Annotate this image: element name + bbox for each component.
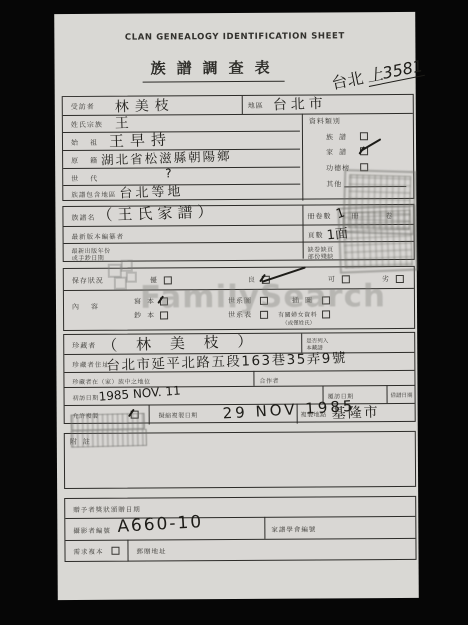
women-info-note: （或僅姓氏） <box>282 319 315 327</box>
small-stamp-mark <box>71 413 145 431</box>
checkbox-clan-genealogy <box>360 132 368 140</box>
table-administrative: 贈予者獎狀頒贈日期 攝影者編號 A660-10 家譜學會編號 需求複本 郵贈地址 <box>64 496 416 562</box>
origin-value: 湖北省松滋縣朝陽鄉 <box>101 146 232 168</box>
genealogy-name-label: 族譜名 <box>71 213 95 223</box>
copy-request-label: 需求複本 <box>73 547 103 556</box>
content-label: 內容 <box>72 302 110 312</box>
clan-label: 姓氏宗族 <box>71 120 103 130</box>
scanned-form-paper: CLAN GENEALOGY IDENTIFICATION SHEET 族譜調查… <box>54 12 419 600</box>
material-type-header: 資料類別 <box>309 116 341 126</box>
row-line <box>63 131 300 134</box>
watermark-logo-square <box>126 272 137 283</box>
divider <box>386 385 387 403</box>
checkbox-copy-request <box>111 547 119 555</box>
handwritten-catalog-number: 台北上3581 <box>329 53 424 94</box>
keeper-label: 珍藏者 <box>72 341 96 351</box>
keeper-address-label: 珍藏者住址 <box>72 360 110 369</box>
catalog-number: 上3581 <box>365 56 425 87</box>
volumes-label: 冊卷數 <box>307 211 331 221</box>
divider <box>127 540 128 562</box>
catalog-prefix: 台北 <box>330 68 365 93</box>
society-number-label: 家譜學會編號 <box>271 525 316 534</box>
award-date-label: 贈予者獎狀頒贈日期 <box>73 505 141 514</box>
condition-label: 保存狀況 <box>72 276 104 286</box>
column-divider <box>302 206 304 259</box>
first-visit-label: 初訪日期 <box>73 393 99 402</box>
row-line <box>63 167 300 170</box>
area-value: 台北市 <box>272 93 327 115</box>
mailing-address-label: 郵贈地址 <box>136 546 166 555</box>
microfilm-scan-background: { "header": { "title_en": "CLAN GENEALOG… <box>0 0 468 625</box>
divider <box>242 96 243 114</box>
photographer-number-value: A660-10 <box>117 512 204 537</box>
coverage-value: 台北等地 <box>119 180 184 201</box>
form-title-chinese: 族譜調查表 <box>142 57 284 83</box>
area-label: 地區 <box>248 101 264 111</box>
borrow-date-label: 借譜日期 <box>391 391 413 399</box>
generations-value: ? <box>165 166 172 180</box>
material-family-genealogy-label: 家譜 <box>326 147 352 157</box>
genealogy-name-value: （王氏家譜） <box>97 201 218 226</box>
familysearch-watermark: FamilySearch <box>140 278 386 316</box>
copy-place-value: 基隆市 <box>331 402 380 424</box>
coverage-label: 族譜包含地區 <box>71 190 116 199</box>
divider <box>264 517 265 539</box>
watermark-logo-square <box>108 264 122 278</box>
form-title-english: CLAN GENEALOGY IDENTIFICATION SHEET <box>54 31 415 43</box>
first-ancestor-label: 始祖 <box>71 138 109 148</box>
compiler-label: 最新版本編纂者 <box>72 232 125 241</box>
cooperator-label: 合作者 <box>259 376 279 385</box>
archive-seal-stamp <box>337 205 418 274</box>
row-line <box>65 538 415 541</box>
divider <box>149 405 150 425</box>
table-keeper-visits: 珍藏者 （ 林 美 枝 ） 是否列入 本藏譜 珍藏者住址 台北市延平北路五段16… <box>63 332 416 424</box>
small-stamp-mark <box>71 429 147 448</box>
generations-label: 世代 <box>71 174 109 184</box>
material-clan-genealogy-label: 族譜 <box>326 132 352 142</box>
pages-label: 頁數 <box>308 230 324 240</box>
watermark-logo-square <box>121 260 133 272</box>
keeper-position-label: 珍藏者在（家）族中之地位 <box>72 377 150 386</box>
pages-value: 1面 <box>326 222 349 243</box>
photographer-number-label: 攝影者編號 <box>73 526 111 535</box>
divider <box>253 371 254 386</box>
interviewee-label: 受訪者 <box>71 102 95 112</box>
partial-damage-label: 部份殘缺 <box>308 251 334 260</box>
checkbox-poor <box>396 275 404 283</box>
manuscript-date-label: 或手鈔日期 <box>72 253 105 262</box>
filming-date-label: 擬縮複製日期 <box>159 410 198 419</box>
material-column-divider <box>302 114 304 201</box>
material-other-label: 其他 <box>326 179 342 189</box>
